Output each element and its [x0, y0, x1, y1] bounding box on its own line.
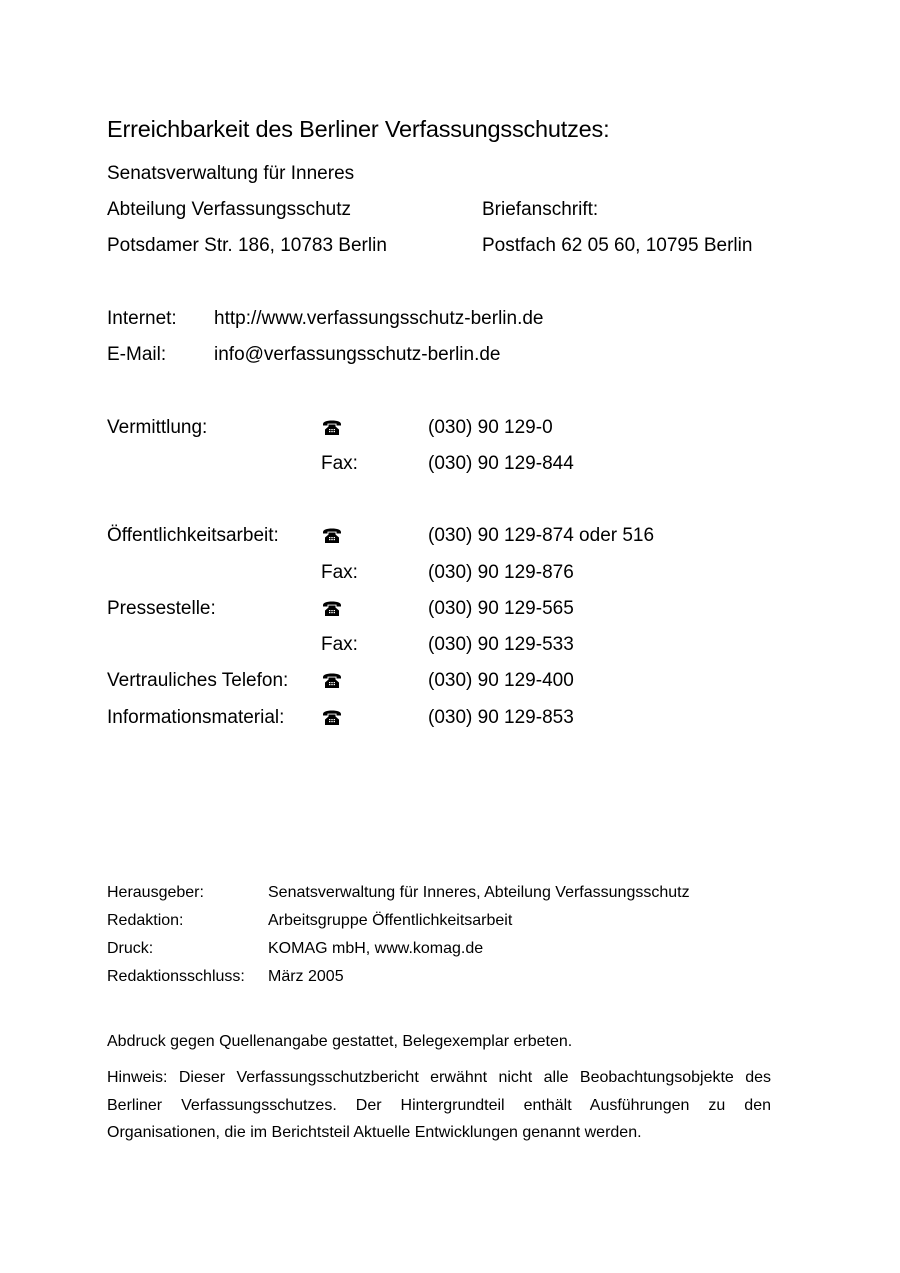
- hint-note: Hinweis: Dieser Verfassungsschutzbericht…: [107, 1064, 771, 1147]
- fax-number: (030) 90 129-876: [428, 561, 574, 585]
- internet-label: Internet:: [107, 307, 177, 331]
- address-line-3: Potsdamer Str. 186, 10783 Berlin: [107, 234, 387, 258]
- page-title: Erreichbarkeit des Berliner Verfassungss…: [107, 114, 609, 144]
- fax-label: Fax:: [321, 633, 358, 657]
- phone-icon: [322, 710, 342, 726]
- phone-number: (030) 90 129-874 oder 516: [428, 524, 654, 548]
- imprint-label: Redaktion:: [107, 911, 184, 931]
- reprint-note: Abdruck gegen Quellenangabe gestattet, B…: [107, 1032, 572, 1052]
- fax-label: Fax:: [321, 452, 358, 476]
- fax-number: (030) 90 129-533: [428, 633, 574, 657]
- contact-label: Pressestelle:: [107, 597, 216, 621]
- email-link[interactable]: info@verfassungsschutz-berlin.de: [214, 343, 500, 367]
- phone-number: (030) 90 129-853: [428, 706, 574, 730]
- imprint-value: Arbeitsgruppe Öffentlichkeitsarbeit: [268, 911, 512, 931]
- imprint-value: KOMAG mbH, www.komag.de: [268, 939, 483, 959]
- fax-label: Fax:: [321, 561, 358, 585]
- postal-address-value: Postfach 62 05 60, 10795 Berlin: [482, 234, 752, 258]
- phone-icon: [322, 528, 342, 544]
- contact-label: Vermittlung:: [107, 416, 207, 440]
- imprint-value: März 2005: [268, 967, 344, 987]
- phone-number: (030) 90 129-400: [428, 669, 574, 693]
- contact-label: Vertrauliches Telefon:: [107, 669, 288, 693]
- address-line-2: Abteilung Verfassungsschutz: [107, 198, 351, 222]
- phone-icon: [322, 673, 342, 689]
- imprint-label: Redaktionsschluss:: [107, 967, 245, 987]
- imprint-label: Herausgeber:: [107, 883, 204, 903]
- phone-icon: [322, 601, 342, 617]
- contact-label: Öffentlichkeitsarbeit:: [107, 524, 279, 548]
- postal-address-label: Briefanschrift:: [482, 198, 598, 222]
- contact-label: Informationsmaterial:: [107, 706, 284, 730]
- phone-number: (030) 90 129-565: [428, 597, 574, 621]
- fax-number: (030) 90 129-844: [428, 452, 574, 476]
- internet-link[interactable]: http://www.verfassungsschutz-berlin.de: [214, 307, 544, 331]
- email-label: E-Mail:: [107, 343, 166, 367]
- imprint-label: Druck:: [107, 939, 153, 959]
- phone-number: (030) 90 129-0: [428, 416, 553, 440]
- address-line-1: Senatsverwaltung für Inneres: [107, 162, 354, 186]
- phone-icon: [322, 420, 342, 436]
- imprint-value: Senatsverwaltung für Inneres, Abteilung …: [268, 883, 690, 903]
